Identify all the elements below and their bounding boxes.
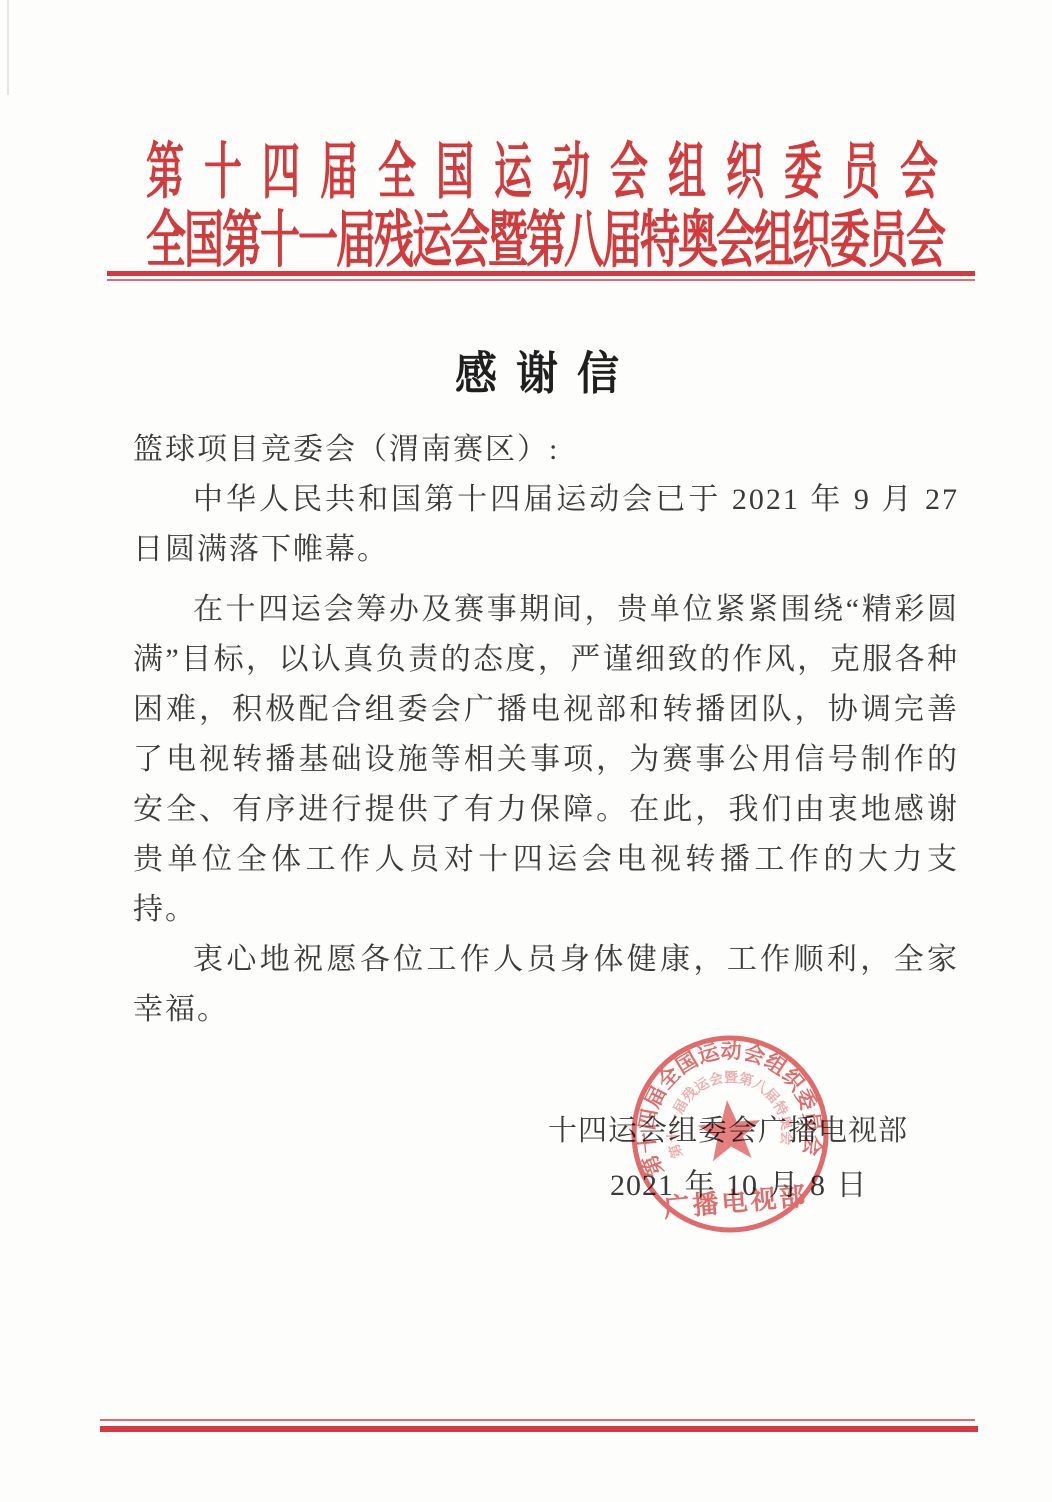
footer-divider-thick: [100, 1426, 978, 1432]
salutation: 篮球项目竞委会（渭南赛区）:: [133, 425, 959, 475]
paragraph-1: 中华人民共和国第十四届运动会已于 2021 年 9 月 27 日圆满落下帷幕。: [133, 475, 959, 575]
header-divider-thin: [107, 279, 975, 281]
header-divider-thick: [107, 271, 975, 276]
paragraph-2: 在十四运会筹办及赛事期间，贵单位紧紧围绕“精彩圆满”目标，以认真负责的态度，严谨…: [133, 585, 959, 935]
footer-divider-thin: [100, 1419, 975, 1421]
letter-title: 感谢信: [455, 338, 638, 403]
seal-bottom-text: 广播电视部: [662, 1181, 809, 1223]
letter-body: 篮球项目竞委会（渭南赛区）: 中华人民共和国第十四届运动会已于 2021 年 9…: [133, 425, 959, 1035]
seal-star-icon: [696, 1097, 764, 1162]
official-seal: 第十四届全国运动会组织委员会 第十一届残运会暨第八届特奥会 广播电视部: [605, 1009, 854, 1258]
letter-page: 第十四届全国运动会组织委员会 全国第十一届残运会暨第八届特奥会组织委员会 感谢信…: [0, 0, 1052, 1502]
letterhead-line-2: 全国第十一届残运会暨第八届特奥会组织委员会: [146, 191, 944, 279]
scan-artifact-left-edge: [7, 0, 9, 95]
